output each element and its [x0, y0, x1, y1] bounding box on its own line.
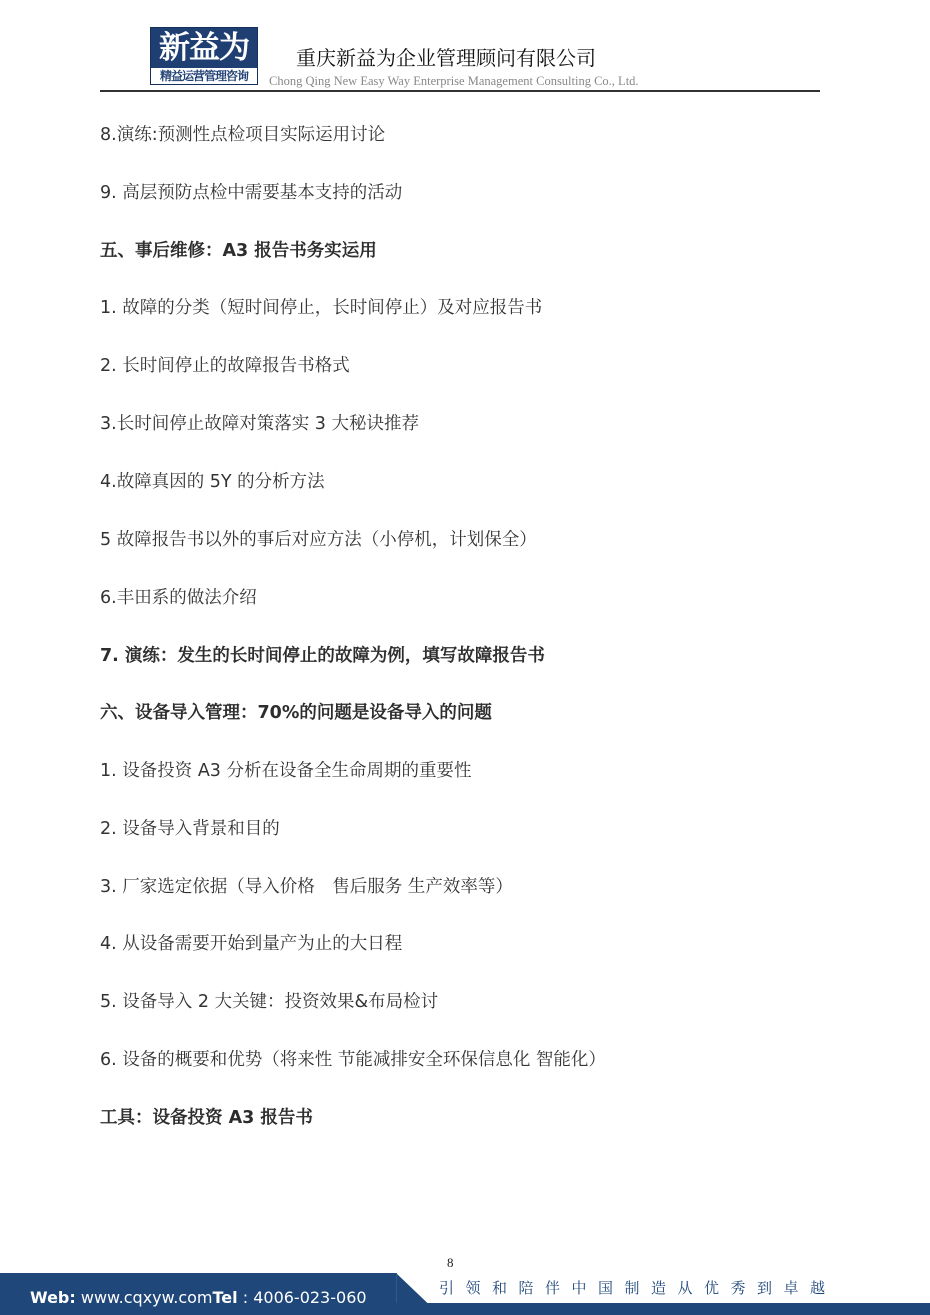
list-item: 4. 从设备需要开始到量产为止的大日程 — [100, 932, 402, 956]
list-item: 5 故障报告书以外的事后对应方法（小停机，计划保全） — [100, 528, 537, 552]
list-item: 5. 设备导入 2 大关键：投资效果&布局检讨 — [100, 990, 438, 1014]
tel-label: Tel — [213, 1288, 238, 1307]
page-header: 新益为 精益运营管理咨询 重庆新益为企业管理顾问有限公司 Chong Qing … — [0, 0, 930, 100]
web-link[interactable]: www.cqxyw.com — [76, 1288, 213, 1307]
footer-slogan: 引领和陪伴中国制造从优秀到卓越 — [439, 1278, 837, 1298]
tool-heading: 工具：设备投资 A3 报告书 — [100, 1106, 313, 1130]
page-footer: Web: www.cqxyw.comTel : 4006-023-060 引领和… — [0, 1270, 930, 1315]
list-item-emphasis: 7. 演练：发生的长时间停止的故障为例，填写故障报告书 — [100, 644, 545, 668]
section-heading: 五、事后维修：A3 报告书务实运用 — [100, 239, 377, 263]
list-item: 2. 设备导入背景和目的 — [100, 817, 280, 841]
section-heading: 六、设备导入管理：70%的问题是设备导入的问题 — [100, 701, 492, 725]
company-name-cn: 重庆新益为企业管理顾问有限公司 — [296, 46, 596, 70]
list-item: 8.演练:预测性点检项目实际运用讨论 — [100, 123, 385, 147]
list-item: 1. 故障的分类（短时间停止，长时间停止）及对应报告书 — [100, 296, 542, 320]
list-item: 4.故障真因的 5Y 的分析方法 — [100, 470, 325, 494]
footer-bar — [380, 1303, 930, 1315]
logo-sub-text: 精益运营管理咨询 — [151, 68, 257, 84]
footer-contact: Web: www.cqxyw.comTel : 4006-023-060 — [30, 1288, 367, 1308]
list-item: 9. 高层预防点检中需要基本支持的活动 — [100, 181, 402, 205]
company-name-en: Chong Qing New Easy Way Enterprise Manag… — [269, 74, 639, 88]
list-item: 3. 厂家选定依据（导入价格 售后服务 生产效率等） — [100, 875, 513, 899]
logo-main-text: 新益为 — [151, 29, 257, 67]
list-item: 6.丰田系的做法介绍 — [100, 586, 257, 610]
list-item: 6. 设备的概要和优势（将来性 节能减排安全环保信息化 智能化） — [100, 1048, 606, 1072]
page-number: 8 — [447, 1255, 454, 1271]
tel-value: : 4006-023-060 — [238, 1288, 367, 1307]
list-item: 3.长时间停止故障对策落实 3 大秘诀推荐 — [100, 412, 419, 436]
footer-divider — [396, 1273, 397, 1303]
web-label: Web: — [30, 1288, 76, 1307]
header-divider — [100, 90, 820, 92]
company-logo: 新益为 精益运营管理咨询 — [150, 27, 258, 85]
list-item: 1. 设备投资 A3 分析在设备全生命周期的重要性 — [100, 759, 472, 783]
list-item: 2. 长时间停止的故障报告书格式 — [100, 354, 350, 378]
